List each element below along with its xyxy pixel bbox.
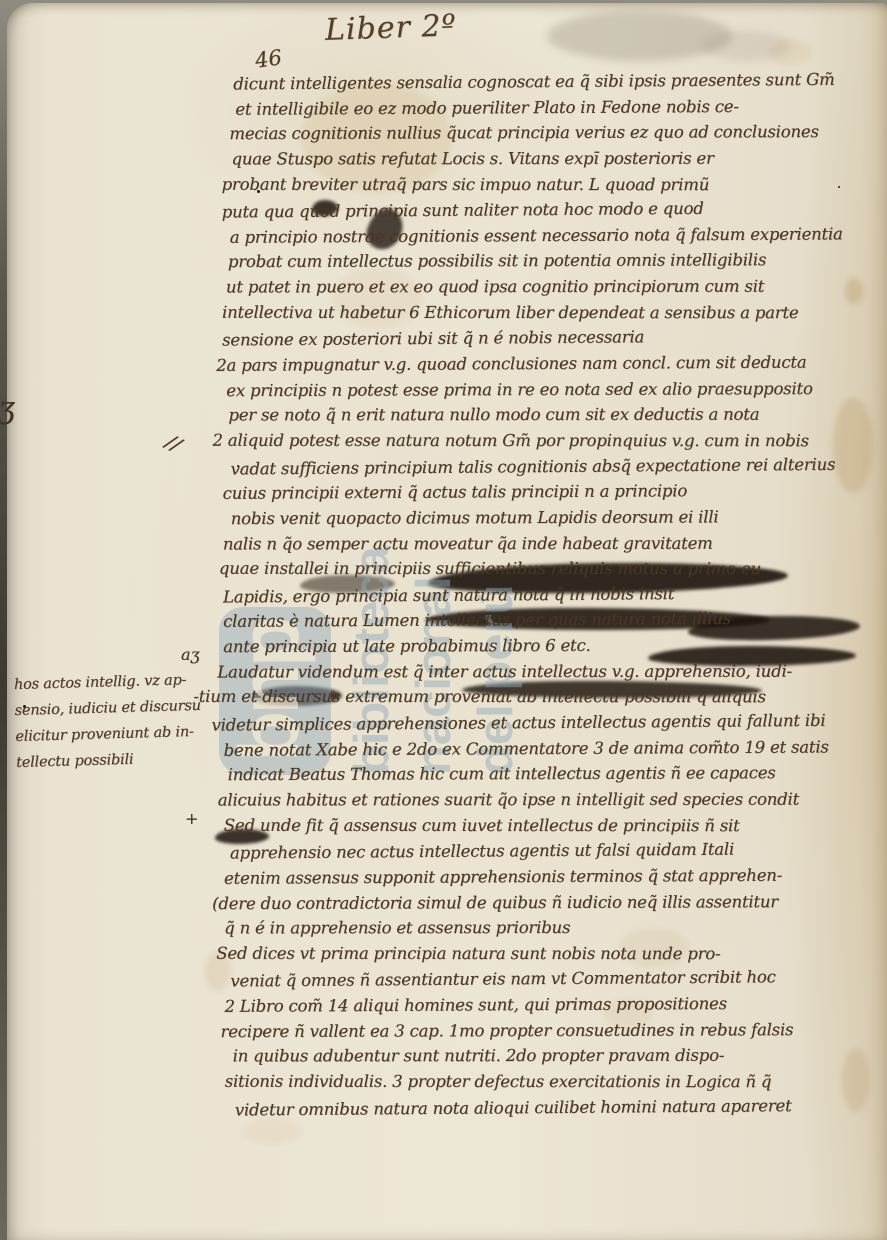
manuscript-line: probant breviter utraq̃ pars sic impuo n… <box>222 171 877 197</box>
manuscript-line: sitionis individualis. 3 propter defectu… <box>225 1069 880 1095</box>
text-block: dicunt intelligentes sensalia cognoscat … <box>221 68 880 1122</box>
manuscript-line: nalis n q̃o semper actu moveatur q̃a ind… <box>223 530 878 557</box>
manuscript-line: ante principia ut late probabimus libro … <box>223 632 878 660</box>
manuscript-line: ex principiis n potest esse prima in re … <box>226 376 877 404</box>
manuscript-line: cuius principii externi q̃ actus talis p… <box>223 477 878 506</box>
manuscript-line: intellectiva ut habetur 6 Ethicorum libe… <box>222 300 877 326</box>
manuscript-line: etenim assensus supponit apprehensionis … <box>224 862 879 891</box>
manuscript-photo: bnp bibliotecanacionaldel perú Liber 2º … <box>0 0 887 1240</box>
manuscript-line: claritas è natura Lumen intellectus per … <box>223 606 878 635</box>
manuscript-line: 2 aliquid potest esse natura notum Gm̃ p… <box>212 428 877 454</box>
manuscript-line: quae Stuspo satis refutat Locis s. Vitan… <box>231 145 876 172</box>
manuscript-line: 2a pars impugnatur v.g. quoad conclusion… <box>216 349 877 378</box>
margin-mark-cross: + <box>185 809 198 828</box>
manuscript-line: Sed unde fit q̃ assensus cum iuvet intel… <box>224 812 879 838</box>
manuscript-page: bnp bibliotecanacionaldel perú Liber 2º … <box>7 3 887 1240</box>
manuscript-line: Sed dices vt prima principia natura sunt… <box>216 941 879 967</box>
folio-number: 46 <box>253 45 283 72</box>
manuscript-line: q̃ n é in apprehensio et assensus priori… <box>224 915 879 942</box>
paper-stain <box>769 39 811 65</box>
manuscript-line: nobis venit quopacto dicimus motum Lapid… <box>231 504 878 532</box>
manuscript-line: quae installei in principiis sufficienti… <box>219 556 878 582</box>
page-title: Liber 2º <box>324 5 545 48</box>
manuscript-line: 2 Libro com̃ 14 aliqui homines sunt, qui… <box>224 990 879 1019</box>
manuscript-line: mecias cognitionis nullius q̃ucat princi… <box>229 119 876 147</box>
manuscript-line: Laudatur videndum est q̃ inter actus int… <box>217 658 878 685</box>
ink-offset-smudge <box>547 11 732 61</box>
manuscript-line: indicat Beatus Thomas hic cum ait intell… <box>228 760 879 788</box>
margin-mark-slashes: // <box>162 429 185 457</box>
manuscript-line: recipere ñ vallent ea 3 cap. 1mo propter… <box>220 1017 879 1045</box>
manuscript-line: -tium et discursus extremum proveniat ab… <box>193 684 878 710</box>
margin-catchword: aʒ <box>181 645 200 664</box>
manuscript-line: bene notat Xabe hic e 2do ex Commentator… <box>223 734 878 763</box>
manuscript-line: per se noto q̃ n erit natura nullo modo … <box>228 402 877 429</box>
manuscript-line: in quibus adubentur sunt nutriti. 2do pr… <box>233 1043 880 1070</box>
manuscript-line: alicuius habitus et rationes suarit q̃o … <box>218 786 879 813</box>
manuscript-line: a principio nostrae cognitionis essent n… <box>230 221 877 250</box>
page-edge-mark: ʒ <box>0 391 15 426</box>
margin-note: hos actos intellig. vz ap-sensio, iudici… <box>14 666 232 776</box>
manuscript-line: dicunt intelligentes sensalia cognoscat … <box>233 67 876 98</box>
manuscript-line: et intelligibile eo ez modo pueriliter P… <box>235 93 876 122</box>
manuscript-line: probat cum intellectus possibilis sit in… <box>228 247 877 275</box>
margin-note-line: tellectu possibili <box>16 744 232 776</box>
manuscript-line: videtur simplices apprehensiones et actu… <box>211 707 878 738</box>
manuscript-line: (dere duo contradictoria simul de quibus… <box>212 888 879 916</box>
manuscript-line: ut patet in puero et ex eo quod ipsa cog… <box>226 274 877 301</box>
manuscript-line: videtur omnibus natura nota alioqui cuil… <box>235 1092 880 1123</box>
ink-offset-smudge <box>702 31 792 61</box>
